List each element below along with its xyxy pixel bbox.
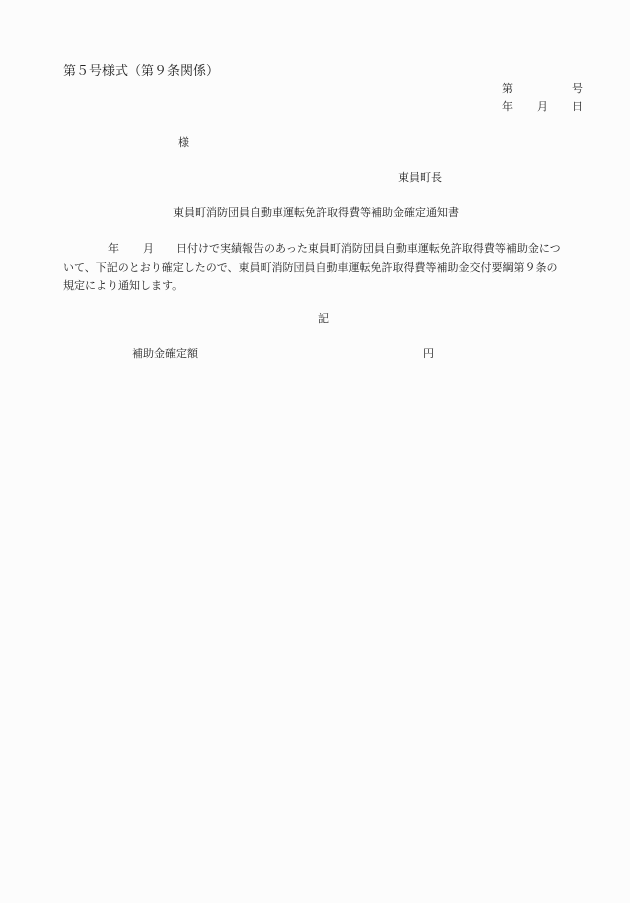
amount-unit: 円 bbox=[423, 348, 434, 359]
form-label: 第５号様式（第９条関係） bbox=[63, 65, 219, 78]
date-day: 日 bbox=[572, 101, 583, 112]
body-line-1-text: 日付けで実績報告のあった東員町消防団員自動車運転免許取得費等補助金につ bbox=[176, 242, 561, 255]
document-title: 東員町消防団員自動車運転免許取得費等補助金確定通知書 bbox=[173, 207, 459, 218]
note-heading: 記 bbox=[318, 313, 329, 324]
body-line-1: 年月日付けで実績報告のあった東員町消防団員自動車運転免許取得費等補助金につ bbox=[63, 240, 583, 259]
sender-name: 東員町長 bbox=[398, 172, 442, 183]
body-line-2: いて、下記のとおり確定したので、東員町消防団員自動車運転免許取得費等補助金交付要… bbox=[63, 259, 583, 278]
date-year: 年 bbox=[502, 101, 513, 112]
reference-number-prefix: 第 bbox=[502, 83, 513, 94]
addressee-honorific: 様 bbox=[178, 137, 189, 148]
amount-label: 補助金確定額 bbox=[132, 348, 198, 359]
body-line-3: 規定により通知します。 bbox=[63, 277, 583, 296]
body-date-year: 年 bbox=[108, 242, 119, 255]
reference-number-suffix: 号 bbox=[572, 83, 583, 94]
body-paragraph: 年月日付けで実績報告のあった東員町消防団員自動車運転免許取得費等補助金につ いて… bbox=[63, 240, 583, 296]
date-month: 月 bbox=[537, 101, 548, 112]
body-date-month: 月 bbox=[143, 242, 154, 255]
